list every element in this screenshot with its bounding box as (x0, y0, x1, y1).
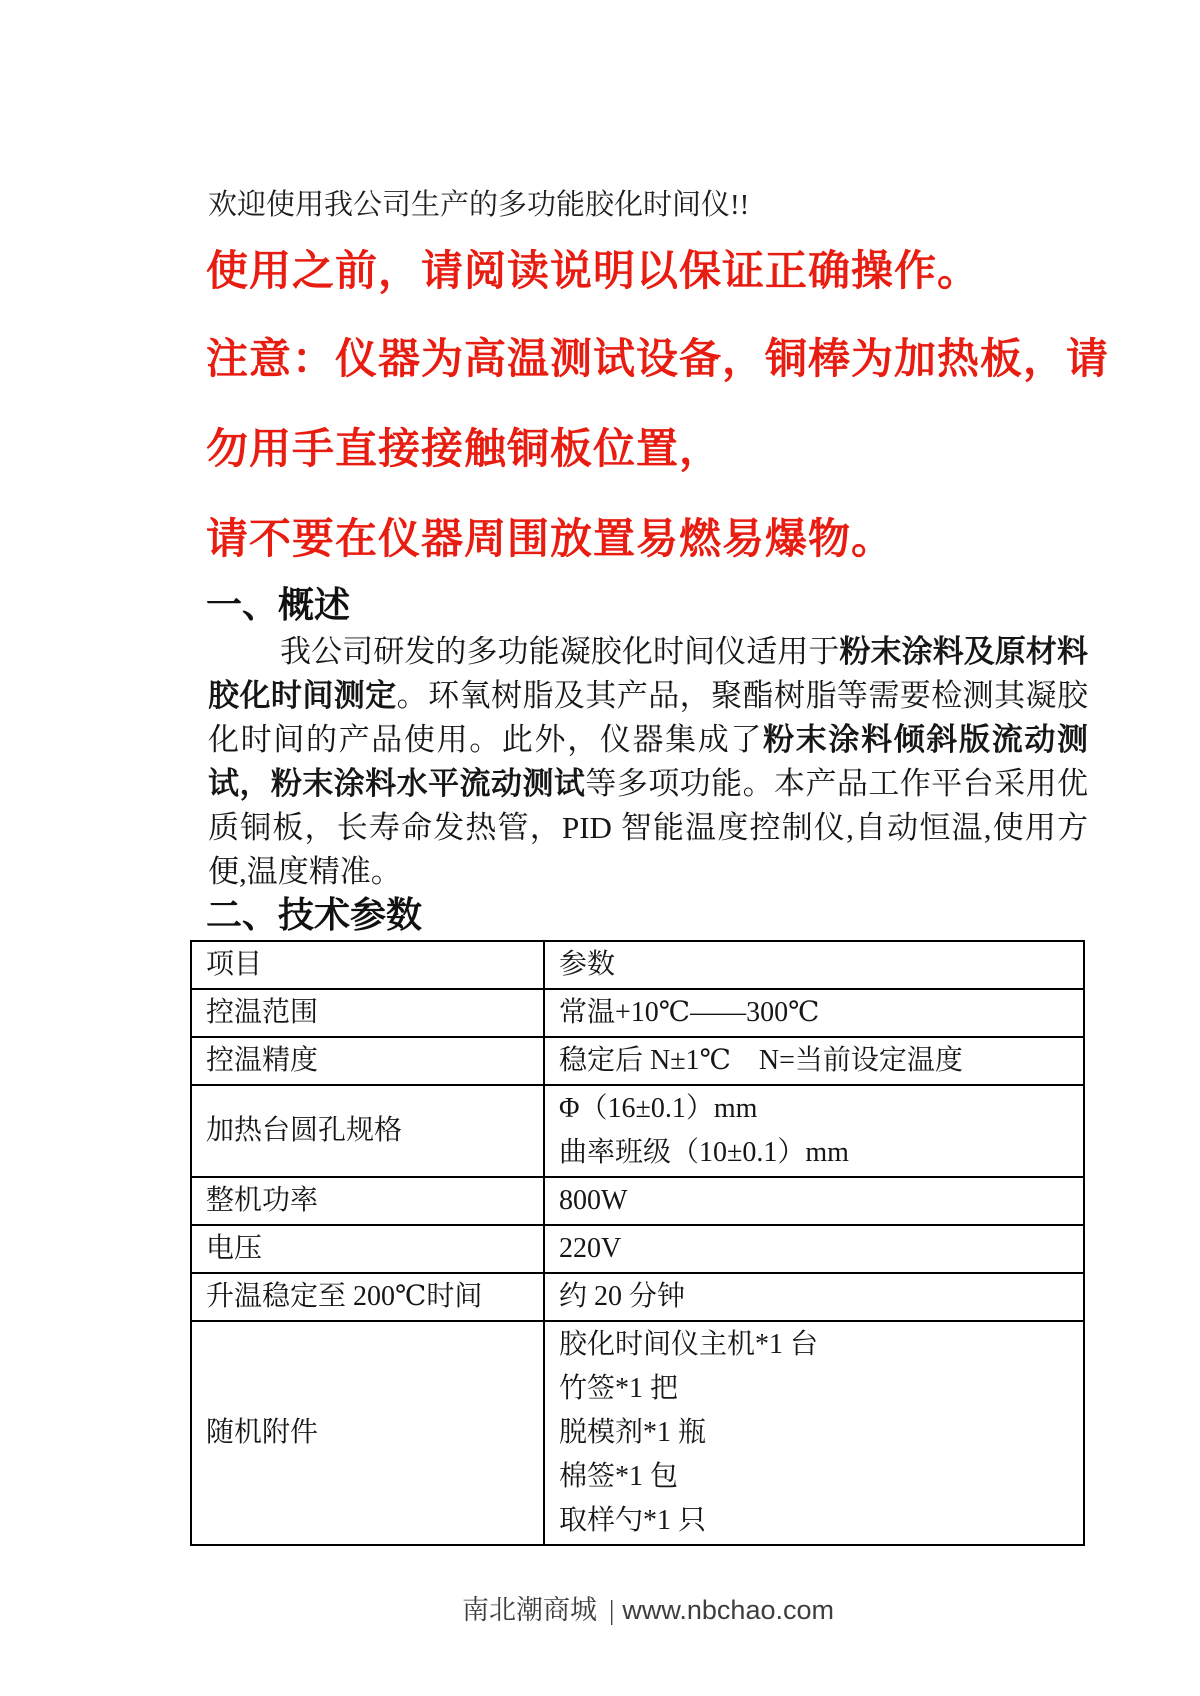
param-item-cell: 升温稳定至 200℃时间 (191, 1273, 544, 1321)
param-value-cell: 220V (544, 1225, 1084, 1273)
param-item-cell: 控温范围 (191, 989, 544, 1037)
overview-paragraph: 我公司研发的多功能凝胶化时间仪适用于粉末涂料及原材料胶化时间测定。环氧树脂及其产… (208, 630, 1088, 894)
param-item-cell: 随机附件 (191, 1321, 544, 1545)
param-value-cell: 胶化时间仪主机*1 台 竹签*1 把 脱模剂*1 瓶 棉签*1 包 取样勺*1 … (544, 1321, 1084, 1545)
param-value-cell: 约 20 分钟 (544, 1273, 1084, 1321)
footer-url: www.nbchao.com (622, 1595, 834, 1625)
table-row: 随机附件胶化时间仪主机*1 台 竹签*1 把 脱模剂*1 瓶 棉签*1 包 取样… (191, 1321, 1084, 1545)
table-row: 电压220V (191, 1225, 1084, 1273)
params-table-body: 控温范围常温+10℃——300℃控温精度稳定后 N±1℃ N=当前设定温度加热台… (191, 989, 1084, 1545)
footer: 南北潮商城|www.nbchao.com (208, 1592, 1088, 1628)
table-row: 整机功率800W (191, 1177, 1084, 1225)
warning-read-manual: 使用之前，请阅读说明以保证正确操作。 (206, 246, 980, 298)
overview-text: 我公司研发的多功能凝胶化时间仪适用于 (280, 634, 839, 669)
param-item-cell: 加热台圆孔规格 (191, 1085, 544, 1177)
param-item-cell: 整机功率 (191, 1177, 544, 1225)
param-value-cell: 800W (544, 1177, 1084, 1225)
welcome-text: 欢迎使用我公司生产的多功能胶化时间仪!! (208, 186, 1108, 224)
warning-no-flammables: 请不要在仪器周围放置易燃易爆物。 (206, 514, 894, 566)
table-header-item: 项目 (191, 941, 544, 989)
params-section-heading: 二、技术参数 (206, 894, 422, 936)
params-table: 项目 参数 控温范围常温+10℃——300℃控温精度稳定后 N±1℃ N=当前设… (190, 940, 1085, 1546)
warning-do-not-touch: 勿用手直接接触铜板位置， (206, 424, 722, 476)
table-row: 控温精度稳定后 N±1℃ N=当前设定温度 (191, 1037, 1084, 1085)
table-row: 升温稳定至 200℃时间约 20 分钟 (191, 1273, 1084, 1321)
warning-high-temperature: 注意：仪器为高温测试设备，铜棒为加热板，请 (206, 334, 1109, 386)
table-row: 控温范围常温+10℃——300℃ (191, 989, 1084, 1037)
param-value-cell: 稳定后 N±1℃ N=当前设定温度 (544, 1037, 1084, 1085)
param-item-cell: 控温精度 (191, 1037, 544, 1085)
table-header-row: 项目 参数 (191, 941, 1084, 989)
param-value-cell: Φ（16±0.1）mm 曲率班级（10±0.1）mm (544, 1085, 1084, 1177)
footer-divider: | (597, 1595, 622, 1625)
param-item-cell: 电压 (191, 1225, 544, 1273)
footer-site-name: 南北潮商城 (462, 1595, 597, 1625)
overview-section-heading: 一、概述 (206, 584, 350, 626)
param-value-cell: 常温+10℃——300℃ (544, 989, 1084, 1037)
table-header-value: 参数 (544, 941, 1084, 989)
manual-page: 欢迎使用我公司生产的多功能胶化时间仪!! 使用之前，请阅读说明以保证正确操作。 … (0, 0, 1200, 1696)
table-row: 加热台圆孔规格Φ（16±0.1）mm 曲率班级（10±0.1）mm (191, 1085, 1084, 1177)
